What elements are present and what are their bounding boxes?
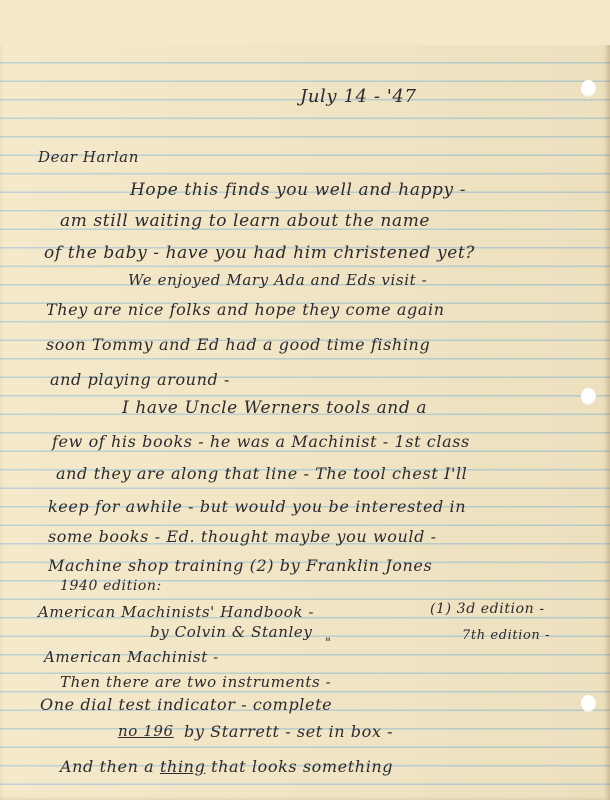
line-prefix: And then a <box>60 757 160 776</box>
edition-note-machinist: 7th edition - <box>462 628 550 643</box>
letter-line: some books - Ed. thought maybe you would… <box>48 527 437 546</box>
ditto-mark: " <box>325 636 332 651</box>
punch-hole-top <box>581 80 596 97</box>
letter-line: Hope this finds you well and happy - <box>130 180 466 200</box>
underlined-word: thing <box>160 757 205 776</box>
letter-line: soon Tommy and Ed had a good time fishin… <box>46 335 430 354</box>
book-authors: by Colvin & Stanley <box>150 623 312 641</box>
letter-line: by Starrett - set in box - <box>184 722 393 741</box>
letter-line: and playing around - <box>50 370 230 389</box>
letter-date: July 14 - '47 <box>300 86 417 107</box>
letter-line: One dial test indicator - complete <box>40 695 332 714</box>
punch-hole-middle <box>581 388 596 405</box>
edition-note-handbook: (1) 3d edition - <box>430 601 545 617</box>
letter-line: Then there are two instruments - <box>60 673 331 691</box>
letter-line: I have Uncle Werners tools and a <box>122 398 427 418</box>
letter-line: and they are along that line - The tool … <box>56 464 467 483</box>
book-title-handbook: American Machinists' Handbook - <box>38 603 314 621</box>
letter-line: of the baby - have you had him christene… <box>44 243 475 263</box>
model-number: no 196 <box>118 722 174 740</box>
line-suffix: that looks something <box>205 757 393 776</box>
letter-line: keep for awhile - but would you be inter… <box>48 497 466 516</box>
lined-notebook-page: July 14 - '47 Dear Harlan Hope this find… <box>0 0 610 800</box>
letter-line: few of his books - he was a Machinist - … <box>52 432 470 451</box>
letter-line: 1940 edition: <box>60 578 162 594</box>
letter-line: They are nice folks and hope they come a… <box>46 300 445 319</box>
letter-line-last: And then a thing that looks something <box>60 757 393 776</box>
letter-salutation: Dear Harlan <box>38 148 139 166</box>
letter-line: We enjoyed Mary Ada and Eds visit - <box>128 271 427 289</box>
book-title-machinist: American Machinist - <box>44 648 219 666</box>
letter-line: Machine shop training (2) by Franklin Jo… <box>48 556 432 575</box>
punch-hole-bottom <box>581 695 596 712</box>
letter-line: am still waiting to learn about the name <box>60 211 430 231</box>
